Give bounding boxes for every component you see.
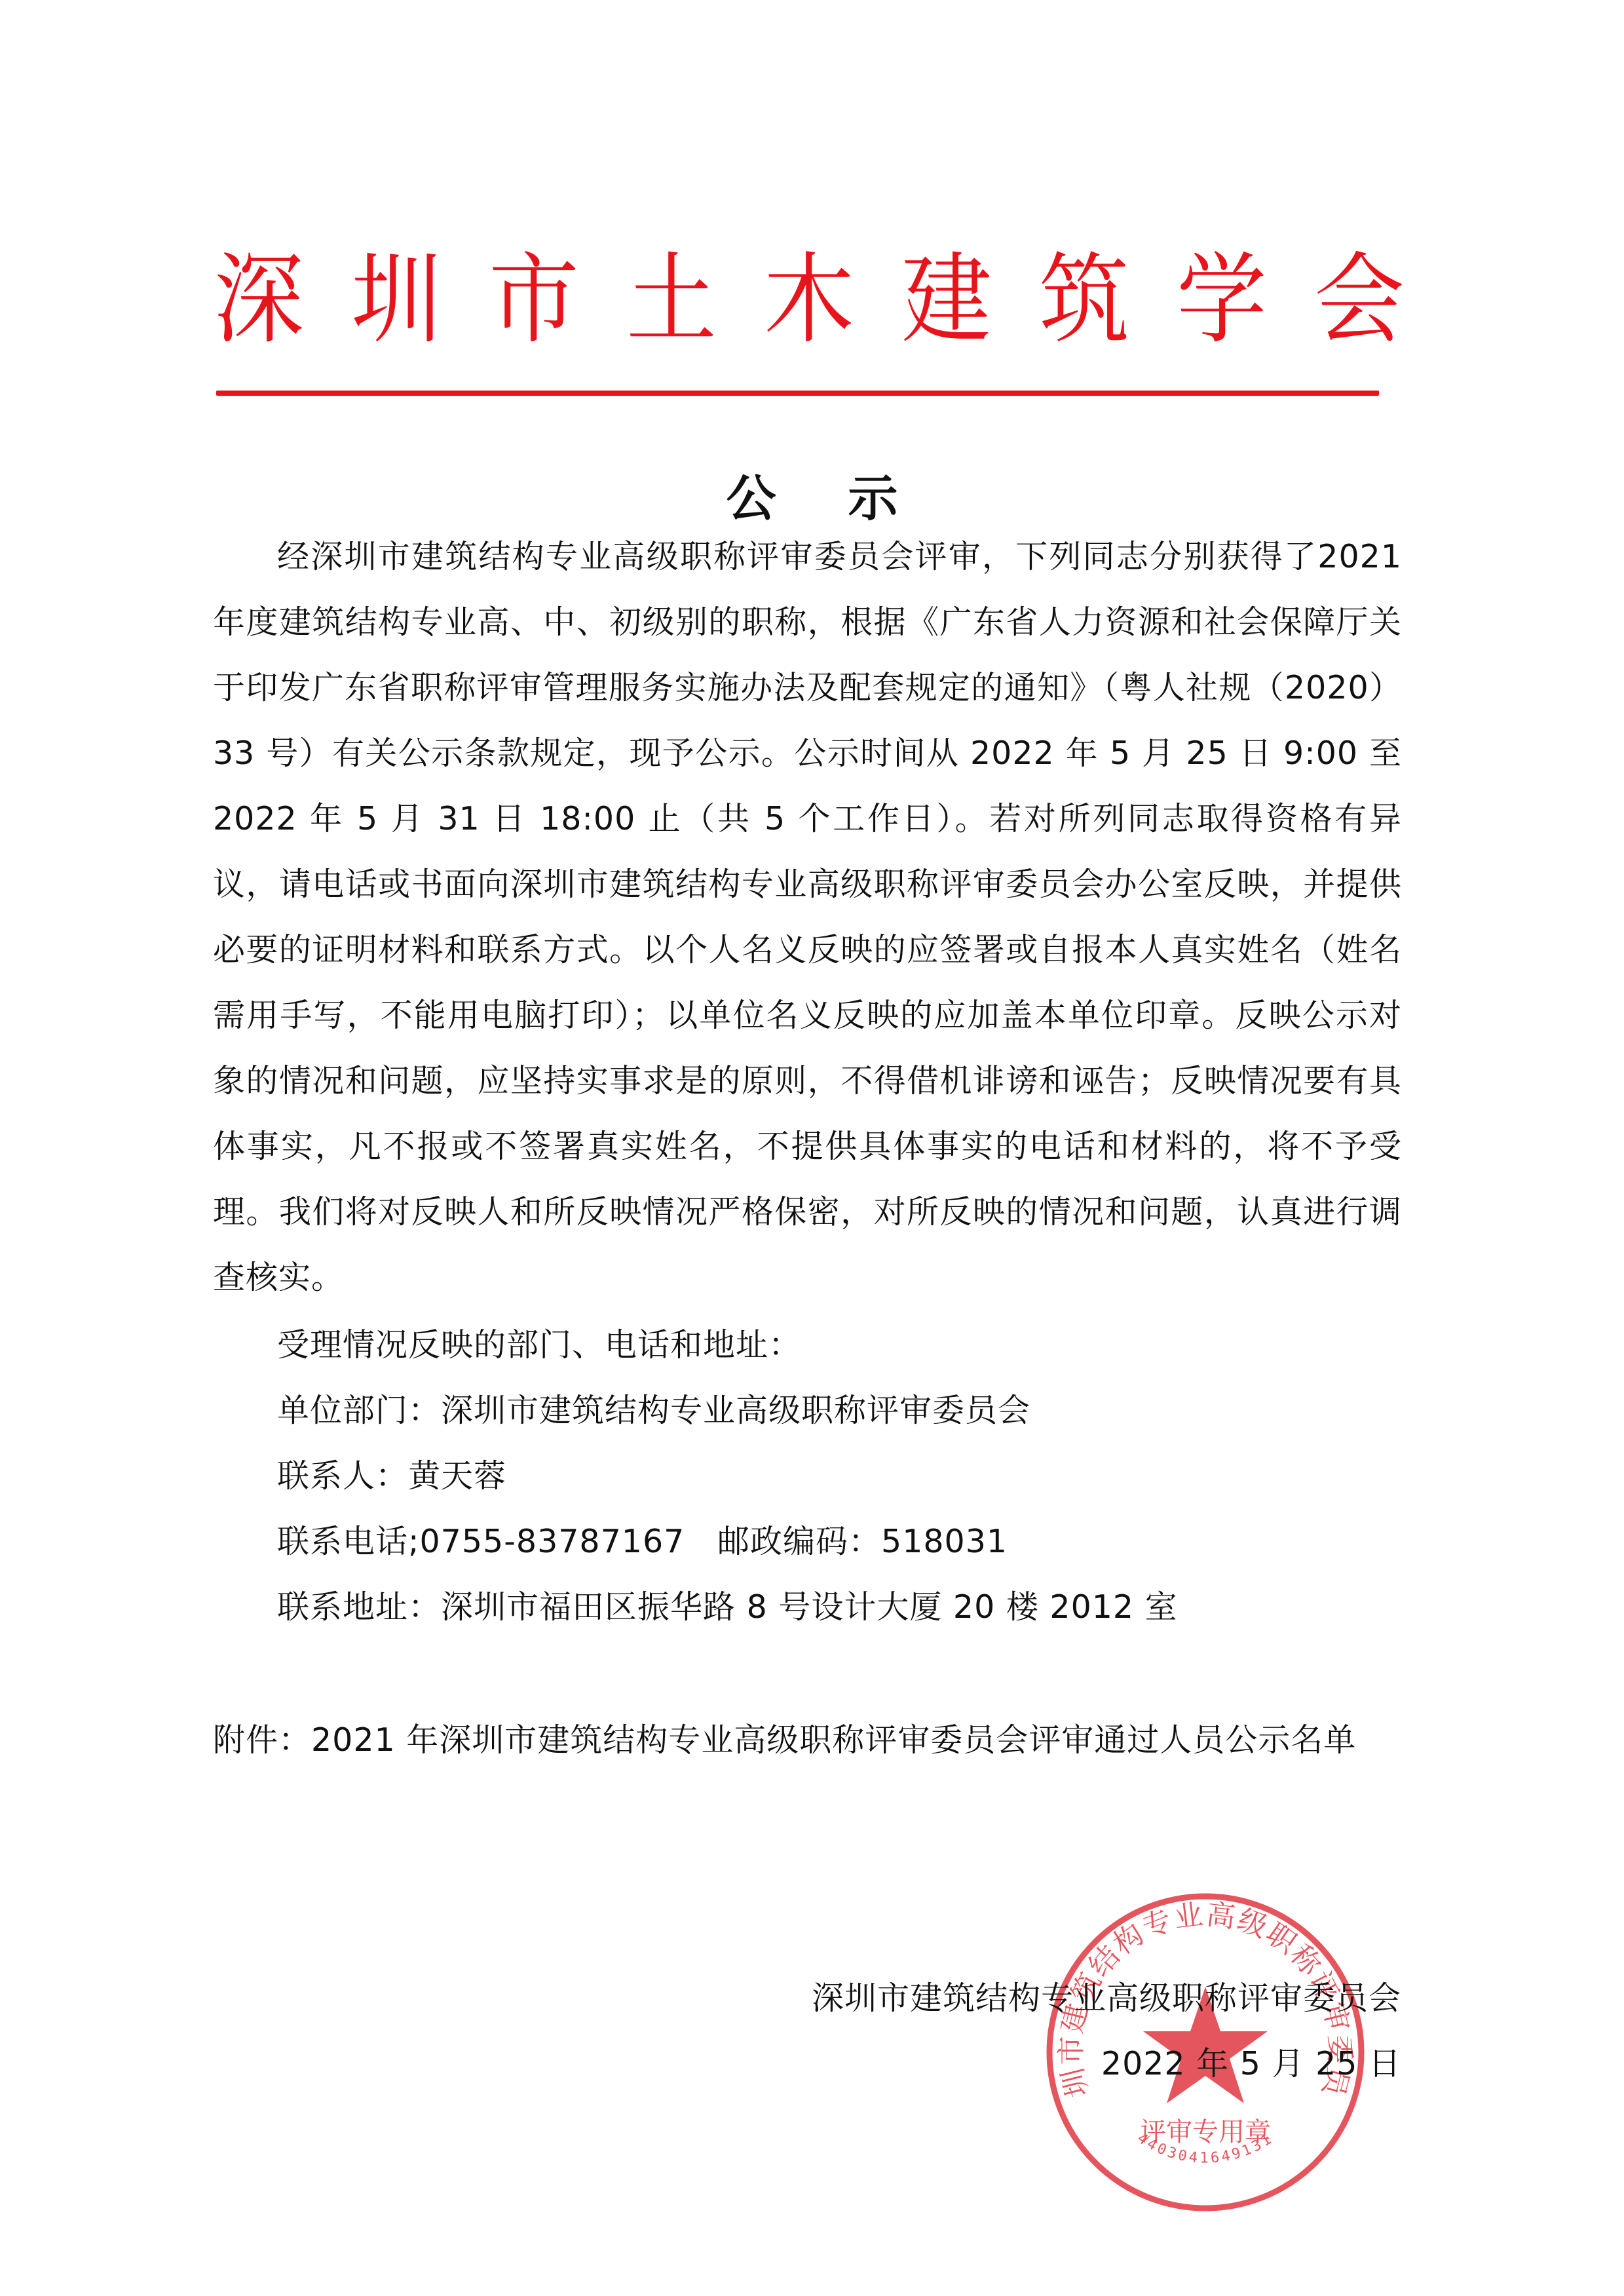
seal-bottom-text: 评审专用章 xyxy=(1140,2117,1271,2147)
notice-heading: 公示 xyxy=(0,459,1624,530)
org-title-char: 建 xyxy=(901,251,992,349)
contact-phone-postal: 联系电话;0755-83787167 邮政编码：518031 xyxy=(277,1509,1178,1575)
contact-department: 单位部门：深圳市建筑结构专业高级职称评审委员会 xyxy=(277,1378,1178,1444)
contact-address: 联系地址：深圳市福田区振华路 8 号设计大厦 20 楼 2012 室 xyxy=(277,1575,1178,1640)
org-letterhead-title: 深 圳 市 土 木 建 筑 学 会 xyxy=(210,241,1408,359)
org-title-char: 深 xyxy=(214,251,304,349)
org-title-char: 土 xyxy=(626,251,717,349)
contact-block: 受理情况反映的部门、电话和地址： 单位部门：深圳市建筑结构专业高级职称评审委员会… xyxy=(277,1312,1178,1640)
issuer-name: 深圳市建筑结构专业高级职称评审委员会 xyxy=(812,1966,1401,2031)
org-title-char: 木 xyxy=(764,251,854,349)
letterhead-divider xyxy=(216,391,1379,396)
org-title-char: 筑 xyxy=(1039,251,1129,349)
contact-person: 联系人：黄天蓉 xyxy=(277,1444,1178,1509)
org-title-char: 圳 xyxy=(351,251,442,349)
issue-date: 2022 年 5 月 25 日 xyxy=(812,2031,1401,2097)
signature-block: 深圳市建筑结构专业高级职称评审委员会 2022 年 5 月 25 日 xyxy=(812,1966,1401,2097)
attachment-note: 附件：2021 年深圳市建筑结构专业高级职称评审委员会评审通过人员公示名单 xyxy=(213,1708,1405,1773)
org-title-char: 学 xyxy=(1177,251,1267,349)
org-title-char: 会 xyxy=(1314,251,1405,349)
notice-body: 经深圳市建筑结构专业高级职称评审委员会评审，下列同志分别获得了2021 年度建筑… xyxy=(213,524,1402,1311)
notice-paragraph: 经深圳市建筑结构专业高级职称评审委员会评审，下列同志分别获得了2021 年度建筑… xyxy=(213,524,1402,1311)
contact-intro: 受理情况反映的部门、电话和地址： xyxy=(277,1312,1178,1378)
org-title-char: 市 xyxy=(489,251,579,349)
